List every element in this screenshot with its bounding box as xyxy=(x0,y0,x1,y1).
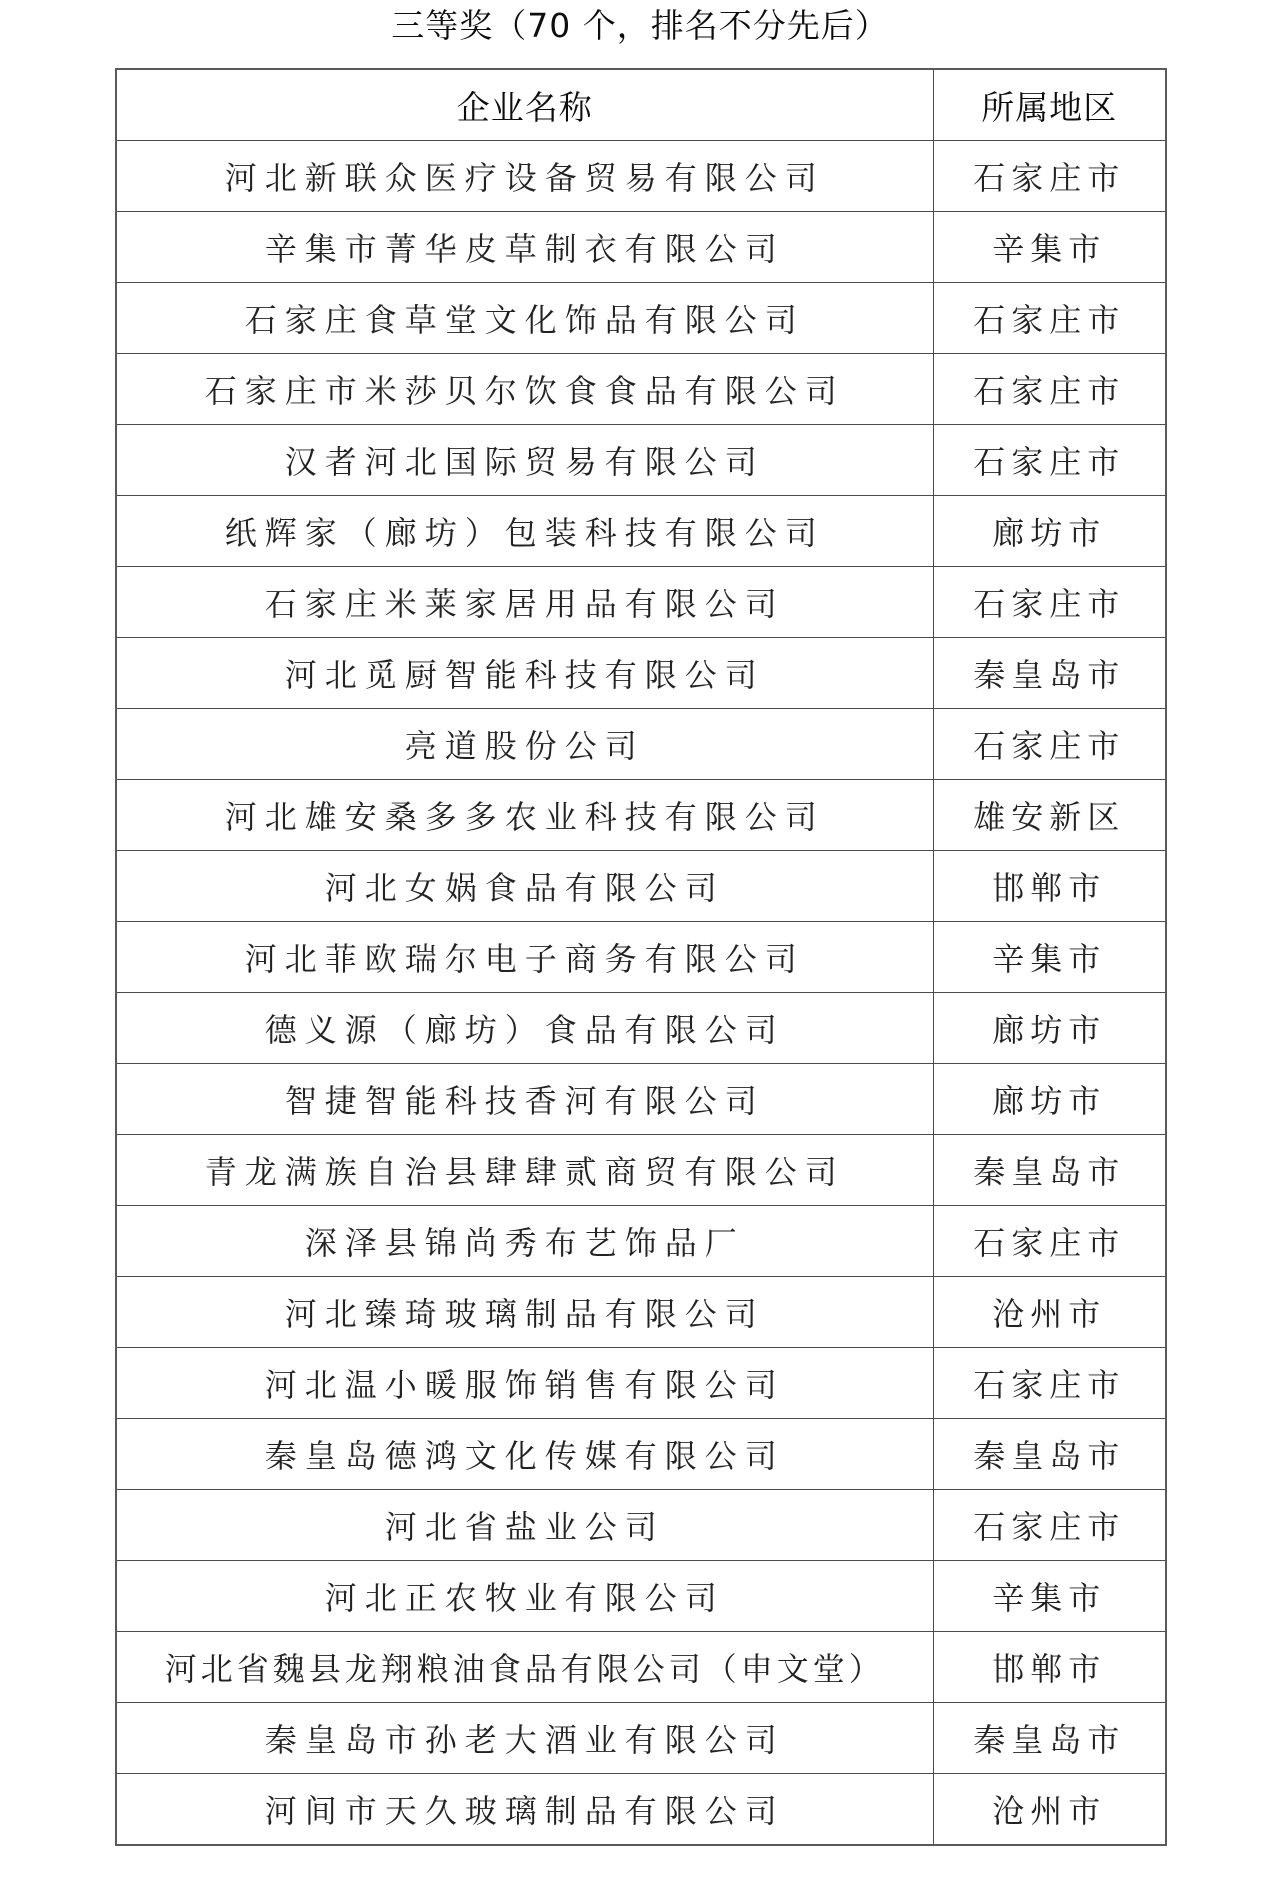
company-name-cell: 河北臻琦玻璃制品有限公司 xyxy=(116,1277,933,1348)
table-row: 辛集市菁华皮草制衣有限公司 辛集市 xyxy=(116,212,1166,283)
region-cell: 秦皇岛市 xyxy=(933,1703,1166,1774)
table-row: 河间市天久玻璃制品有限公司 沧州市 xyxy=(116,1774,1166,1846)
region-cell: 廊坊市 xyxy=(933,1064,1166,1135)
company-name-cell: 纸辉家（廊坊）包装科技有限公司 xyxy=(116,496,933,567)
table-row: 河北正农牧业有限公司 辛集市 xyxy=(116,1561,1166,1632)
region-cell: 石家庄市 xyxy=(933,1206,1166,1277)
table-row: 智捷智能科技香河有限公司 廊坊市 xyxy=(116,1064,1166,1135)
document-title: 三等奖（70 个，排名不分先后） xyxy=(0,4,1280,48)
region-cell: 石家庄市 xyxy=(933,567,1166,638)
table-row: 石家庄米莱家居用品有限公司 石家庄市 xyxy=(116,567,1166,638)
table-row: 亮道股份公司 石家庄市 xyxy=(116,709,1166,780)
company-name-cell: 河北温小暖服饰销售有限公司 xyxy=(116,1348,933,1419)
company-name-cell: 河间市天久玻璃制品有限公司 xyxy=(116,1774,933,1846)
region-cell: 辛集市 xyxy=(933,212,1166,283)
table-header-row: 企业名称 所属地区 xyxy=(116,69,1166,141)
company-name-cell: 河北觅厨智能科技有限公司 xyxy=(116,638,933,709)
company-name-cell: 河北新联众医疗设备贸易有限公司 xyxy=(116,141,933,212)
company-name-cell: 河北雄安桑多多农业科技有限公司 xyxy=(116,780,933,851)
award-table: 企业名称 所属地区 河北新联众医疗设备贸易有限公司 石家庄市 辛集市菁华皮草制衣… xyxy=(115,68,1167,1846)
company-name-cell: 智捷智能科技香河有限公司 xyxy=(116,1064,933,1135)
region-cell: 石家庄市 xyxy=(933,141,1166,212)
table-row: 青龙满族自治县肆肆贰商贸有限公司 秦皇岛市 xyxy=(116,1135,1166,1206)
region-cell: 廊坊市 xyxy=(933,496,1166,567)
company-name-cell: 河北省魏县龙翔粮油食品有限公司（申文堂） xyxy=(116,1632,933,1703)
company-name-cell: 辛集市菁华皮草制衣有限公司 xyxy=(116,212,933,283)
table-row: 秦皇岛市孙老大酒业有限公司 秦皇岛市 xyxy=(116,1703,1166,1774)
table-row: 石家庄市米莎贝尔饮食食品有限公司 石家庄市 xyxy=(116,354,1166,425)
table-row: 河北菲欧瑞尔电子商务有限公司 辛集市 xyxy=(116,922,1166,993)
table-row: 德义源（廊坊）食品有限公司 廊坊市 xyxy=(116,993,1166,1064)
company-name-cell: 河北省盐业公司 xyxy=(116,1490,933,1561)
region-cell: 沧州市 xyxy=(933,1774,1166,1846)
region-cell: 石家庄市 xyxy=(933,425,1166,496)
table-row: 河北新联众医疗设备贸易有限公司 石家庄市 xyxy=(116,141,1166,212)
company-name-cell: 深泽县锦尚秀布艺饰品厂 xyxy=(116,1206,933,1277)
company-name-cell: 河北女娲食品有限公司 xyxy=(116,851,933,922)
table-row: 秦皇岛德鸿文化传媒有限公司 秦皇岛市 xyxy=(116,1419,1166,1490)
region-cell: 廊坊市 xyxy=(933,993,1166,1064)
region-cell: 石家庄市 xyxy=(933,354,1166,425)
table-row: 河北雄安桑多多农业科技有限公司 雄安新区 xyxy=(116,780,1166,851)
company-name-cell: 河北正农牧业有限公司 xyxy=(116,1561,933,1632)
company-name-cell: 秦皇岛市孙老大酒业有限公司 xyxy=(116,1703,933,1774)
region-cell: 秦皇岛市 xyxy=(933,638,1166,709)
column-header-company-name: 企业名称 xyxy=(116,69,933,141)
column-header-region: 所属地区 xyxy=(933,69,1166,141)
region-cell: 邯郸市 xyxy=(933,1632,1166,1703)
company-name-cell: 石家庄食草堂文化饰品有限公司 xyxy=(116,283,933,354)
table-row: 河北省盐业公司 石家庄市 xyxy=(116,1490,1166,1561)
table-row: 纸辉家（廊坊）包装科技有限公司 廊坊市 xyxy=(116,496,1166,567)
region-cell: 石家庄市 xyxy=(933,1490,1166,1561)
region-cell: 邯郸市 xyxy=(933,851,1166,922)
company-name-cell: 亮道股份公司 xyxy=(116,709,933,780)
region-cell: 石家庄市 xyxy=(933,283,1166,354)
company-name-cell: 河北菲欧瑞尔电子商务有限公司 xyxy=(116,922,933,993)
region-cell: 石家庄市 xyxy=(933,1348,1166,1419)
table-row: 汉者河北国际贸易有限公司 石家庄市 xyxy=(116,425,1166,496)
region-cell: 秦皇岛市 xyxy=(933,1419,1166,1490)
company-name-cell: 石家庄米莱家居用品有限公司 xyxy=(116,567,933,638)
company-name-cell: 秦皇岛德鸿文化传媒有限公司 xyxy=(116,1419,933,1490)
region-cell: 辛集市 xyxy=(933,922,1166,993)
table-row: 河北臻琦玻璃制品有限公司 沧州市 xyxy=(116,1277,1166,1348)
region-cell: 沧州市 xyxy=(933,1277,1166,1348)
table-row: 河北省魏县龙翔粮油食品有限公司（申文堂） 邯郸市 xyxy=(116,1632,1166,1703)
table-row: 河北温小暖服饰销售有限公司 石家庄市 xyxy=(116,1348,1166,1419)
table-row: 深泽县锦尚秀布艺饰品厂 石家庄市 xyxy=(116,1206,1166,1277)
table-row: 石家庄食草堂文化饰品有限公司 石家庄市 xyxy=(116,283,1166,354)
company-name-cell: 青龙满族自治县肆肆贰商贸有限公司 xyxy=(116,1135,933,1206)
region-cell: 石家庄市 xyxy=(933,709,1166,780)
table-row: 河北觅厨智能科技有限公司 秦皇岛市 xyxy=(116,638,1166,709)
company-name-cell: 汉者河北国际贸易有限公司 xyxy=(116,425,933,496)
company-name-cell: 德义源（廊坊）食品有限公司 xyxy=(116,993,933,1064)
region-cell: 秦皇岛市 xyxy=(933,1135,1166,1206)
region-cell: 辛集市 xyxy=(933,1561,1166,1632)
company-name-cell: 石家庄市米莎贝尔饮食食品有限公司 xyxy=(116,354,933,425)
table-row: 河北女娲食品有限公司 邯郸市 xyxy=(116,851,1166,922)
region-cell: 雄安新区 xyxy=(933,780,1166,851)
